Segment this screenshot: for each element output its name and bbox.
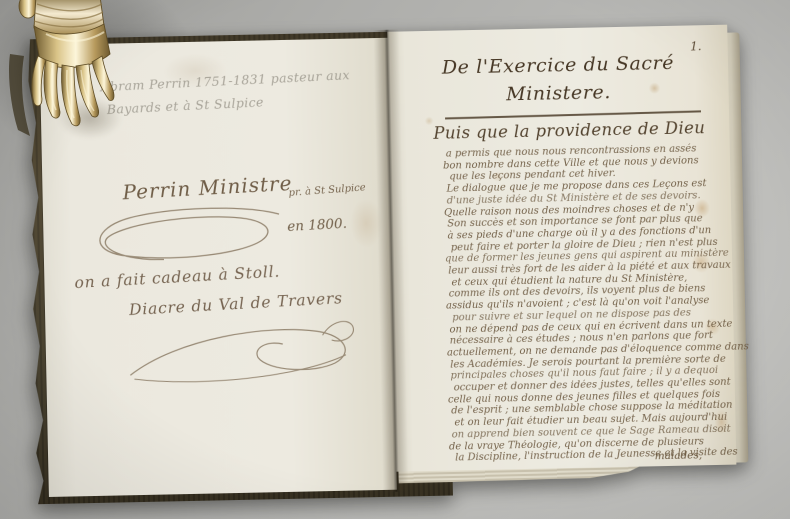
ink-flourish (117, 312, 369, 395)
chapter-title-line1: De l'Exercice du Sacré (388, 51, 728, 80)
manuscript-body: a permis que nous nous rencontrassions e… (446, 143, 733, 465)
opening-line: Puis que la providence de Dieu (433, 118, 705, 143)
photo-background: Abram Perrin 1751-1831 pasteur aux Bayar… (0, 0, 790, 519)
owner-inscription-year: en 1800. (287, 216, 347, 235)
chapter-title-line2: Ministere. (388, 79, 728, 108)
right-page: 1. De l'Exercice du Sacré Ministere. Pui… (387, 25, 736, 472)
brass-hand-clip-icon (6, 0, 118, 142)
closing-word: malades, (655, 449, 703, 462)
pencil-annotation-line1: Abram Perrin 1751-1831 pasteur aux (100, 67, 350, 94)
owner-inscription: Perrin Ministre (122, 171, 293, 204)
owner-inscription-suffix: pr. à St Sulpice (288, 182, 366, 199)
